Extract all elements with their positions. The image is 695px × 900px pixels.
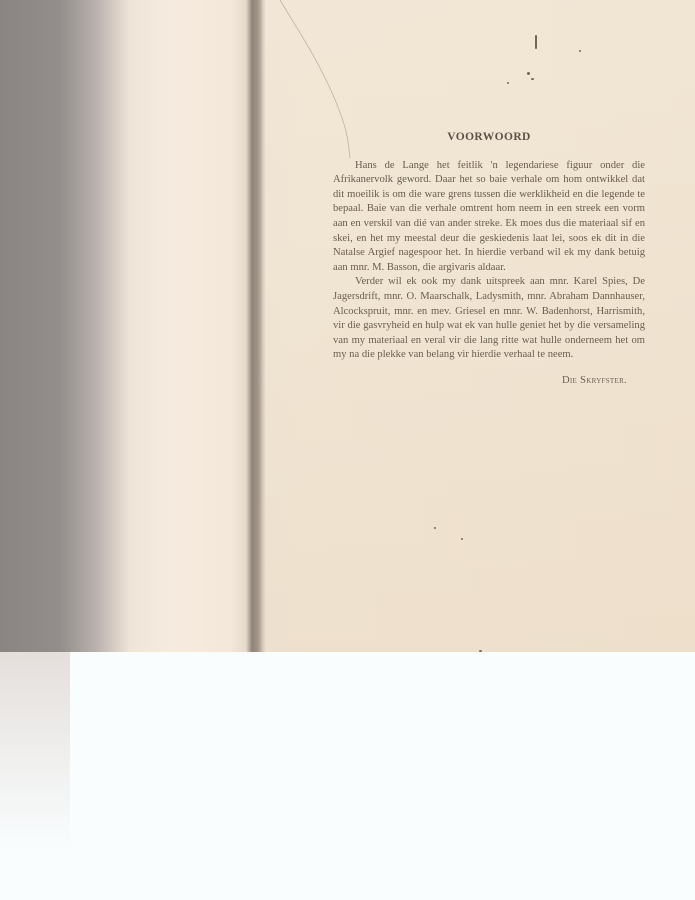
foreword-page: VOORWOORD Hans de Lange het feitlik 'n l… (333, 130, 645, 389)
ink-speck (434, 527, 436, 529)
ink-speck (531, 78, 534, 80)
scanned-book-spread: VOORWOORD Hans de Lange het feitlik 'n l… (0, 0, 695, 652)
paragraph-1: Hans de Lange het feitlik 'n legendaries… (333, 159, 645, 276)
ink-speck (507, 82, 509, 84)
paper-crease-line (278, 0, 368, 160)
ink-speck (461, 538, 463, 540)
ink-speck (579, 50, 581, 52)
author-signature: Die Skryfster. (333, 374, 645, 389)
paragraph-2: Verder wil ek ook my dank uitspreek aan … (333, 275, 645, 363)
page-title: VOORWOORD (333, 130, 645, 145)
ink-speck (479, 650, 482, 652)
ink-speck (535, 35, 537, 49)
ink-speck (527, 72, 530, 75)
scan-edge-shadow (0, 652, 70, 900)
